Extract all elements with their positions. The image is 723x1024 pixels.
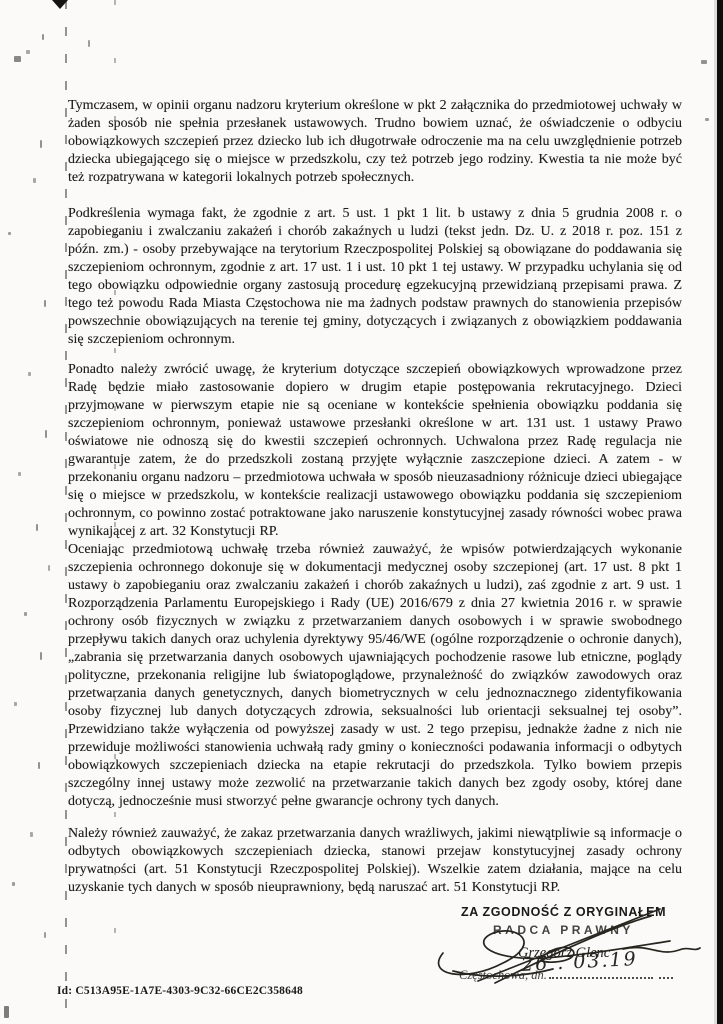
scan-speck <box>45 430 47 438</box>
scan-speck <box>24 612 27 616</box>
scan-speck <box>14 56 21 62</box>
fold-line <box>65 0 67 1024</box>
certification-stamp-text: ZA ZGODNOŚĆ Z ORYGINAŁEM <box>461 905 691 919</box>
scan-speck <box>14 702 17 706</box>
scan-speck <box>40 652 42 660</box>
scan-speck <box>33 178 36 183</box>
scan-speck <box>44 300 46 307</box>
scan-speck <box>30 832 33 837</box>
scan-speck <box>38 762 40 769</box>
scan-corner-mark <box>52 0 68 9</box>
document-id: Id: C513A95E-1A7E-4303-9C32-66CE2C358648 <box>57 985 303 997</box>
scan-speck <box>8 232 11 235</box>
scan-speck <box>44 932 46 938</box>
paragraph-supervisory-opinion: Tymczasem, w opinii organu nadzoru kryte… <box>68 97 682 187</box>
scan-speck <box>40 140 42 148</box>
scan-speck <box>26 50 30 54</box>
paragraph-data-protection: Oceniając przedmiotową uchwałę trzeba ró… <box>68 541 682 811</box>
legal-counsel-role-stamp: RADCA PRAWNY <box>493 923 634 937</box>
scan-speck <box>705 118 709 121</box>
scan-speck <box>88 40 90 47</box>
scan-edge-shadow-soft <box>714 0 717 1024</box>
scan-speck <box>4 1006 9 1018</box>
document-body: Tymczasem, w opinii organu nadzoru kryte… <box>68 97 682 897</box>
scan-speck <box>18 472 21 476</box>
scanned-document-page: Tymczasem, w opinii organu nadzoru kryte… <box>0 0 723 1024</box>
scan-edge-shadow <box>717 0 723 1024</box>
scan-speck <box>28 372 31 376</box>
paragraph-recruitment-criterion: Ponadto należy zwrócić uwagę, że kryteri… <box>68 361 682 541</box>
paragraph-legal-basis: Podkreślenia wymaga fakt, że zgodnie z a… <box>68 205 682 349</box>
scan-speck <box>12 882 15 886</box>
paragraph-sensitive-data: Należy również zauważyć, że zakaz przetw… <box>68 825 682 897</box>
scan-speck <box>48 565 50 571</box>
scan-speck <box>42 34 44 40</box>
scan-speck <box>36 524 38 531</box>
dotted-line-tail <box>659 966 673 979</box>
scan-speck <box>701 60 707 64</box>
